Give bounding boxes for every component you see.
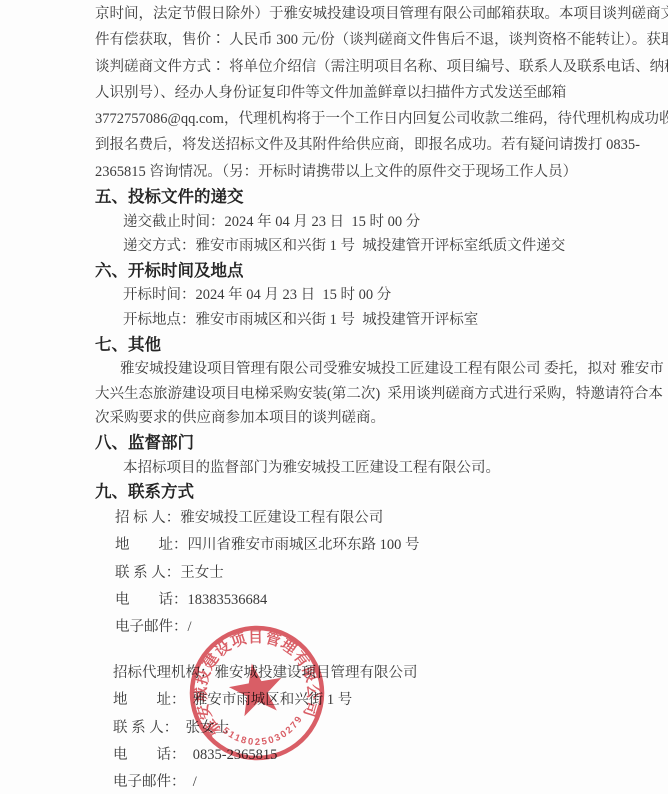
document-line: 到报名费后，将发送招标文件及其附件给供应商，即报名成功。若有疑问请拨打 0835… [0, 132, 668, 158]
document-line: 递交方式：雅安市雨城区和兴街 1 号 城投建管开评标室纸质文件递交 [0, 234, 668, 259]
document-line: 地 址： 雅安市雨城区和兴街 1 号 [0, 687, 668, 714]
document-line: 递交截止时间：2024 年 04 月 23 日 15 时 00 分 [0, 210, 668, 235]
document-line: 地 址：四川省雅安市雨城区北环东路 100 号 [0, 532, 668, 559]
document-line: 招标代理机构：雅安城投建设项目管理有限公司 [0, 660, 668, 687]
document-line: 件有偿获取，售价∶ 人民币 300 元/份（谈判磋商文件售后不退，谈判资格不能转… [0, 27, 668, 53]
document-line: 雅安城投建设项目管理有限公司受雅安城投工匠建设工程有限公司 委托，拟对 雅安市 [0, 357, 668, 382]
document-text-body: 京时间，法定节假日除外）于雅安城投建设项目管理有限公司邮箱获取。本项目谈判磋商文… [0, 1, 668, 794]
document-line: 谈判磋商文件方式∶ 将单位介绍信（需注明项目名称、项目编号、联系人及联系电话、纳… [0, 54, 668, 80]
document-line: 开标地点：雅安市雨城区和兴街 1 号 城投建管开评标室 [0, 308, 668, 333]
document-line: 八、监督部门 [0, 431, 668, 456]
document-line: 七、其他 [0, 333, 668, 358]
document-line: 次采购要求的供应商参加本项目的谈判磋商。 [0, 406, 668, 431]
document-line: 招 标 人：雅安城投工匠建设工程有限公司 [0, 505, 668, 532]
document-line: 九、联系方式 [0, 480, 668, 505]
document-line [0, 642, 668, 660]
document-line: 联 系 人： 张女士 [0, 715, 668, 742]
document-line: 京时间，法定节假日除外）于雅安城投建设项目管理有限公司邮箱获取。本项目谈判磋商文 [0, 1, 668, 27]
document-line: 开标时间：2024 年 04 月 23 日 15 时 00 分 [0, 283, 668, 308]
scanned-tender-document-page: 京时间，法定节假日除外）于雅安城投建设项目管理有限公司邮箱获取。本项目谈判磋商文… [0, 0, 668, 794]
document-line: 3772757086@qq.com，代理机构将于一个工作日内回复公司收款二维码，… [0, 106, 668, 132]
document-line: 电子邮件：/ [0, 614, 668, 641]
document-line: 本招标项目的监督部门为雅安城投工匠建设工程有限公司。 [0, 456, 668, 481]
document-line: 2365815 咨询情况。（另：开标时请携带以上文件的原件交于现场工作人员） [0, 159, 668, 185]
document-line: 人识别号）、经办人身份证复印件等文件加盖鲜章以扫描件方式发送至邮箱 [0, 80, 668, 106]
document-line: 大兴生态旅游建设项目电梯采购安装(第二次) 采用谈判磋商方式进行采购，特邀请符合… [0, 382, 668, 407]
document-line: 五、投标文件的递交 [0, 185, 668, 210]
document-line: 电 话：18383536684 [0, 587, 668, 614]
document-line: 电子邮件： / [0, 769, 668, 794]
document-line: 联 系 人：王女士 [0, 560, 668, 587]
document-line: 电 话： 0835-2365815 [0, 742, 668, 769]
document-line: 六、开标时间及地点 [0, 259, 668, 284]
